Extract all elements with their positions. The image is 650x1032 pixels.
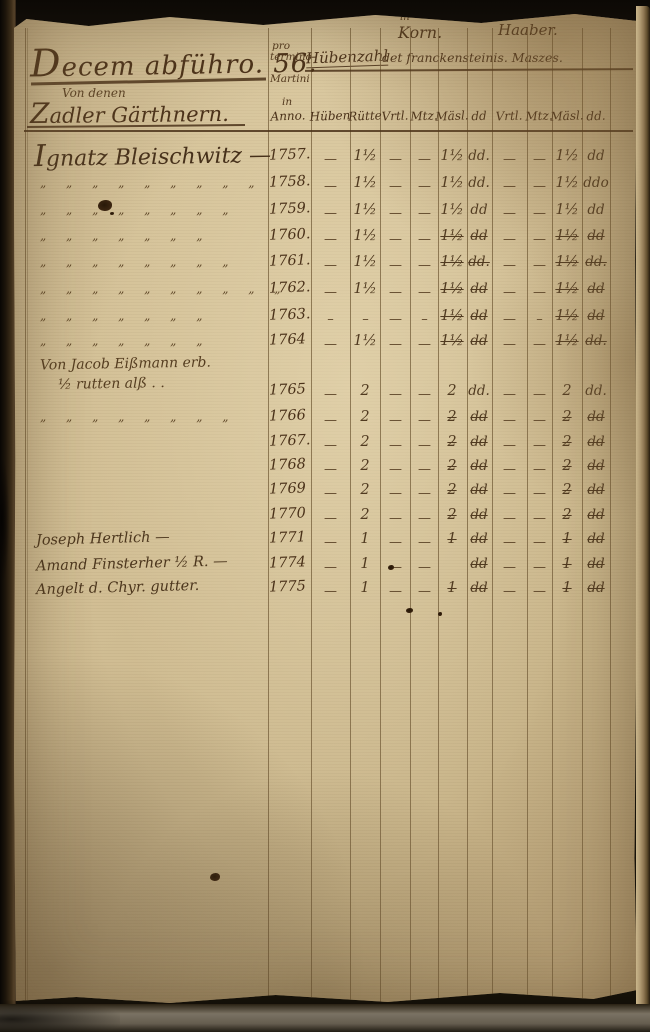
year-cell: 1766 (269, 407, 306, 424)
value-cell: 2 (562, 458, 571, 474)
value-cell: – (421, 312, 427, 327)
value-cell: — (418, 560, 430, 575)
value-cell: 1 (562, 531, 571, 547)
column-group-korn-sup: in (400, 13, 410, 23)
value-cell: — (324, 584, 336, 599)
value-cell: — (533, 387, 545, 402)
value-cell: — (418, 232, 430, 247)
value-cell: — (533, 206, 545, 221)
year-cell: 1759. (269, 200, 311, 217)
value-cell: dd (587, 281, 604, 297)
value-cell: — (324, 232, 336, 247)
value-cell: dd (470, 333, 487, 349)
value-cell: — (324, 179, 336, 194)
value-cell: — (418, 462, 430, 477)
header-rule-line (24, 130, 633, 132)
column-header-label: dd (471, 109, 487, 124)
value-cell: 1½ (555, 175, 578, 191)
ruled-column-line (552, 28, 553, 1003)
name-ditto-cell: „ „ „ „ „ „ „ „ „ „ (40, 282, 281, 296)
year-cell: 1765 (269, 381, 306, 398)
value-cell: — (389, 511, 401, 526)
value-cell: — (324, 285, 336, 300)
term-martini: Martini (270, 74, 310, 85)
gutter-shadow (0, 460, 9, 580)
value-cell: 2 (562, 434, 571, 450)
value-cell: — (533, 337, 545, 352)
value-cell: dd (470, 281, 487, 297)
value-cell: — (503, 413, 515, 428)
value-cell: — (389, 337, 401, 352)
value-cell: 1½ (555, 228, 578, 244)
value-cell: — (418, 486, 430, 501)
value-cell: — (418, 511, 430, 526)
ruled-column-line (25, 28, 26, 1003)
column-header-label: Mtz. (525, 109, 553, 124)
value-cell: dd (587, 507, 604, 523)
value-cell: dd (470, 202, 487, 218)
section-note-line: Von Jacob Eißmann erb. (40, 355, 211, 374)
value-cell: — (389, 462, 401, 477)
name-cell: Joseph Hertlich — (36, 529, 170, 548)
value-cell: — (389, 152, 401, 167)
ink-blot (388, 565, 394, 570)
value-cell: 1 (360, 556, 369, 572)
value-cell: dd. (468, 175, 490, 191)
value-cell: — (418, 413, 430, 428)
section-note-line: ½ rutten alß . . (58, 375, 165, 393)
value-cell: — (533, 535, 545, 550)
ruled-column-line (380, 28, 381, 1003)
value-cell: — (503, 337, 515, 352)
column-header-label: Vrtl. (495, 109, 522, 124)
value-cell: — (389, 285, 401, 300)
value-cell: — (418, 535, 430, 550)
value-cell: 2 (360, 409, 369, 425)
value-cell: — (324, 462, 336, 477)
value-cell: — (418, 337, 430, 352)
value-cell: — (324, 535, 336, 550)
value-cell: dd (587, 434, 604, 450)
column-header-label: dd. (586, 109, 606, 124)
value-cell: — (533, 584, 545, 599)
value-cell: — (503, 462, 515, 477)
value-cell: 2 (447, 409, 456, 425)
value-cell: — (533, 179, 545, 194)
value-cell: dd. (585, 254, 607, 270)
value-cell: 2 (447, 482, 456, 498)
value-cell: dd (587, 556, 604, 572)
value-cell: dd (470, 308, 487, 324)
value-cell: – (362, 312, 368, 327)
name-cell: Ignatz Bleischwitz — (34, 135, 272, 174)
value-cell: dd (470, 556, 487, 572)
value-cell: dd (587, 228, 604, 244)
value-cell: dd. (468, 383, 490, 399)
value-cell: 2 (562, 482, 571, 498)
value-cell: — (418, 387, 430, 402)
value-cell: 1½ (353, 281, 376, 297)
value-cell: 1½ (440, 175, 463, 191)
value-cell: — (324, 511, 336, 526)
ruled-column-line (610, 28, 611, 1003)
column-header-label: Mäsl. (550, 108, 584, 123)
year-cell: 1771 (269, 529, 306, 546)
value-cell: — (324, 387, 336, 402)
value-cell: — (324, 413, 336, 428)
value-cell: dd (470, 507, 487, 523)
ruled-column-line (410, 28, 411, 1003)
value-cell: 2 (360, 507, 369, 523)
value-cell: — (503, 535, 515, 550)
value-cell: 1½ (440, 202, 463, 218)
name-ditto-cell: „ „ „ „ „ „ „ „ (40, 255, 228, 269)
column-header-label: Vrtl. (381, 109, 408, 124)
value-cell: — (324, 152, 336, 167)
year-cell: 1757. (269, 146, 311, 163)
ink-blot (406, 608, 413, 613)
value-cell: 2 (360, 434, 369, 450)
year-cell: 1760. (269, 226, 311, 243)
value-cell: 1½ (555, 281, 578, 297)
value-cell: 1½ (440, 333, 463, 349)
value-cell: dd (587, 531, 604, 547)
value-cell: — (503, 438, 515, 453)
value-cell: — (503, 206, 515, 221)
value-cell: 1½ (555, 308, 578, 324)
value-cell: 1½ (555, 202, 578, 218)
value-cell: 2 (562, 409, 571, 425)
value-cell: — (503, 312, 515, 327)
page-stack-edge (636, 6, 650, 1010)
value-cell: 1 (447, 580, 456, 596)
value-cell: — (324, 258, 336, 273)
value-cell: 1½ (555, 254, 578, 270)
ruled-column-line (311, 28, 312, 1003)
value-cell: dd (470, 482, 487, 498)
value-cell: dd (470, 531, 487, 547)
subtitle-small: Von denen (62, 87, 126, 99)
value-cell: — (324, 206, 336, 221)
value-cell: 1½ (555, 148, 578, 164)
ruled-column-line (350, 28, 351, 1003)
ruled-column-line (527, 28, 528, 1003)
ink-blot (438, 612, 442, 616)
value-cell: 1 (360, 580, 369, 596)
value-cell: dd (587, 148, 604, 164)
column-header-label: Mäsl. (435, 108, 469, 123)
value-cell: — (503, 179, 515, 194)
value-cell: 1½ (440, 281, 463, 297)
name-ditto-cell: „ „ „ „ „ „ „ „ (40, 203, 228, 217)
year-cell: 1764 (269, 331, 306, 348)
ink-blot (98, 200, 112, 211)
value-cell: — (533, 560, 545, 575)
year-cell: 1763. (269, 306, 311, 323)
name-ditto-cell: „ „ „ „ „ „ „ (40, 334, 202, 348)
value-cell: 1½ (440, 308, 463, 324)
value-cell: dd (470, 580, 487, 596)
value-cell: dd. (468, 254, 490, 270)
value-cell: 2 (447, 383, 456, 399)
year-cell: 1758. (269, 173, 311, 190)
value-cell: 1 (360, 531, 369, 547)
value-cell: dd (587, 308, 604, 324)
value-cell: dd (587, 482, 604, 498)
value-cell: — (389, 438, 401, 453)
value-cell: 2 (562, 383, 571, 399)
ink-blot (110, 212, 114, 215)
term-pro: pro (272, 41, 290, 52)
year-cell: 1770 (269, 505, 306, 522)
value-cell: 1 (562, 580, 571, 596)
value-cell: — (389, 206, 401, 221)
value-cell: — (533, 413, 545, 428)
value-cell: dd (587, 202, 604, 218)
column-header-label: Mtz. (410, 109, 438, 124)
value-cell: — (389, 486, 401, 501)
name-cell: Amand Finsterher ½ R. — (36, 553, 228, 574)
column-header-label: Rütte (348, 108, 382, 123)
value-cell: — (503, 152, 515, 167)
header-rule-line (305, 68, 633, 72)
value-cell: — (503, 584, 515, 599)
name-ditto-cell: „ „ „ „ „ „ „ (40, 309, 202, 323)
value-cell: — (533, 152, 545, 167)
manuscript-scan: Decem abführo. 56. Von denen Zadler Gärt… (0, 0, 650, 1032)
value-cell: — (389, 387, 401, 402)
value-cell: 1½ (353, 254, 376, 270)
ruled-column-line (438, 28, 439, 1003)
name-ditto-cell: „ „ „ „ „ „ „ „ (40, 410, 228, 424)
value-cell: — (533, 438, 545, 453)
year-cell: 1774 (269, 554, 306, 571)
value-cell: — (503, 511, 515, 526)
value-cell: 2 (360, 383, 369, 399)
value-cell: — (503, 285, 515, 300)
value-cell: 2 (447, 434, 456, 450)
value-cell: 1½ (440, 254, 463, 270)
value-cell: 2 (447, 507, 456, 523)
value-cell: — (389, 232, 401, 247)
value-cell: — (418, 206, 430, 221)
ruled-column-line (492, 28, 493, 1003)
value-cell: — (503, 232, 515, 247)
value-cell: — (533, 486, 545, 501)
year-cell: 1768 (269, 456, 306, 473)
value-cell: — (324, 337, 336, 352)
value-cell: — (418, 438, 430, 453)
value-cell: dd (470, 458, 487, 474)
term-in: in (282, 97, 292, 108)
value-cell: 1 (447, 531, 456, 547)
value-cell: — (533, 511, 545, 526)
value-cell: dd. (585, 383, 607, 399)
name-ditto-cell: „ „ „ „ „ „ „ „ „ (40, 176, 254, 190)
value-cell: 1½ (353, 333, 376, 349)
value-cell: — (389, 312, 401, 327)
value-cell: — (533, 285, 545, 300)
value-cell: dd (470, 434, 487, 450)
value-cell: — (503, 387, 515, 402)
year-cell: 1761. (269, 252, 311, 269)
column-header-label: Anno. (270, 108, 305, 123)
column-header-label: Hüben (309, 108, 350, 123)
value-cell: dd. (585, 333, 607, 349)
value-cell: — (418, 285, 430, 300)
value-cell: 1½ (353, 228, 376, 244)
year-cell: 1767. (269, 432, 311, 449)
value-cell: — (503, 258, 515, 273)
value-cell: dd (470, 409, 487, 425)
value-cell: — (533, 462, 545, 477)
value-cell: dd (470, 228, 487, 244)
value-cell: — (389, 535, 401, 550)
value-cell: – (327, 312, 333, 327)
ledger-page: Decem abführo. 56. Von denen Zadler Gärt… (14, 10, 637, 1008)
value-cell: 2 (447, 458, 456, 474)
value-cell: 2 (360, 458, 369, 474)
value-cell: ddo (583, 175, 608, 191)
value-cell: — (324, 486, 336, 501)
value-cell: 1½ (555, 333, 578, 349)
value-cell: 1 (562, 556, 571, 572)
value-cell: — (533, 258, 545, 273)
value-cell: 1½ (440, 228, 463, 244)
value-cell: dd (587, 458, 604, 474)
value-cell: 1½ (353, 175, 376, 191)
value-cell: — (324, 560, 336, 575)
value-cell: — (324, 438, 336, 453)
column-group-korn: Korn. (398, 25, 442, 41)
value-cell: dd (587, 580, 604, 596)
value-cell: — (418, 179, 430, 194)
corner-shadow (0, 1000, 120, 1032)
value-cell: 1½ (440, 148, 463, 164)
value-cell: — (389, 413, 401, 428)
year-cell: 1769 (269, 480, 306, 497)
value-cell: — (389, 258, 401, 273)
name-ditto-cell: „ „ „ „ „ „ „ (40, 229, 202, 243)
value-cell: – (536, 312, 542, 327)
ruled-column-line (27, 28, 28, 1003)
value-cell: 2 (562, 507, 571, 523)
value-cell: — (418, 584, 430, 599)
year-cell: 1775 (269, 578, 306, 595)
value-cell: dd (587, 409, 604, 425)
value-cell: dd. (468, 148, 490, 164)
value-cell: 1½ (353, 202, 376, 218)
value-cell: — (503, 560, 515, 575)
value-cell: 2 (360, 482, 369, 498)
value-cell: — (389, 584, 401, 599)
value-cell: — (418, 258, 430, 273)
column-group-hubenzahl: Hübenzahl (306, 49, 389, 69)
value-cell: — (389, 179, 401, 194)
value-cell: — (503, 486, 515, 501)
value-cell: — (533, 232, 545, 247)
name-cell: Angelt d. Chyr. gutter. (36, 578, 200, 598)
value-cell: 1½ (353, 148, 376, 164)
ink-blot (210, 873, 220, 881)
value-cell: — (418, 152, 430, 167)
